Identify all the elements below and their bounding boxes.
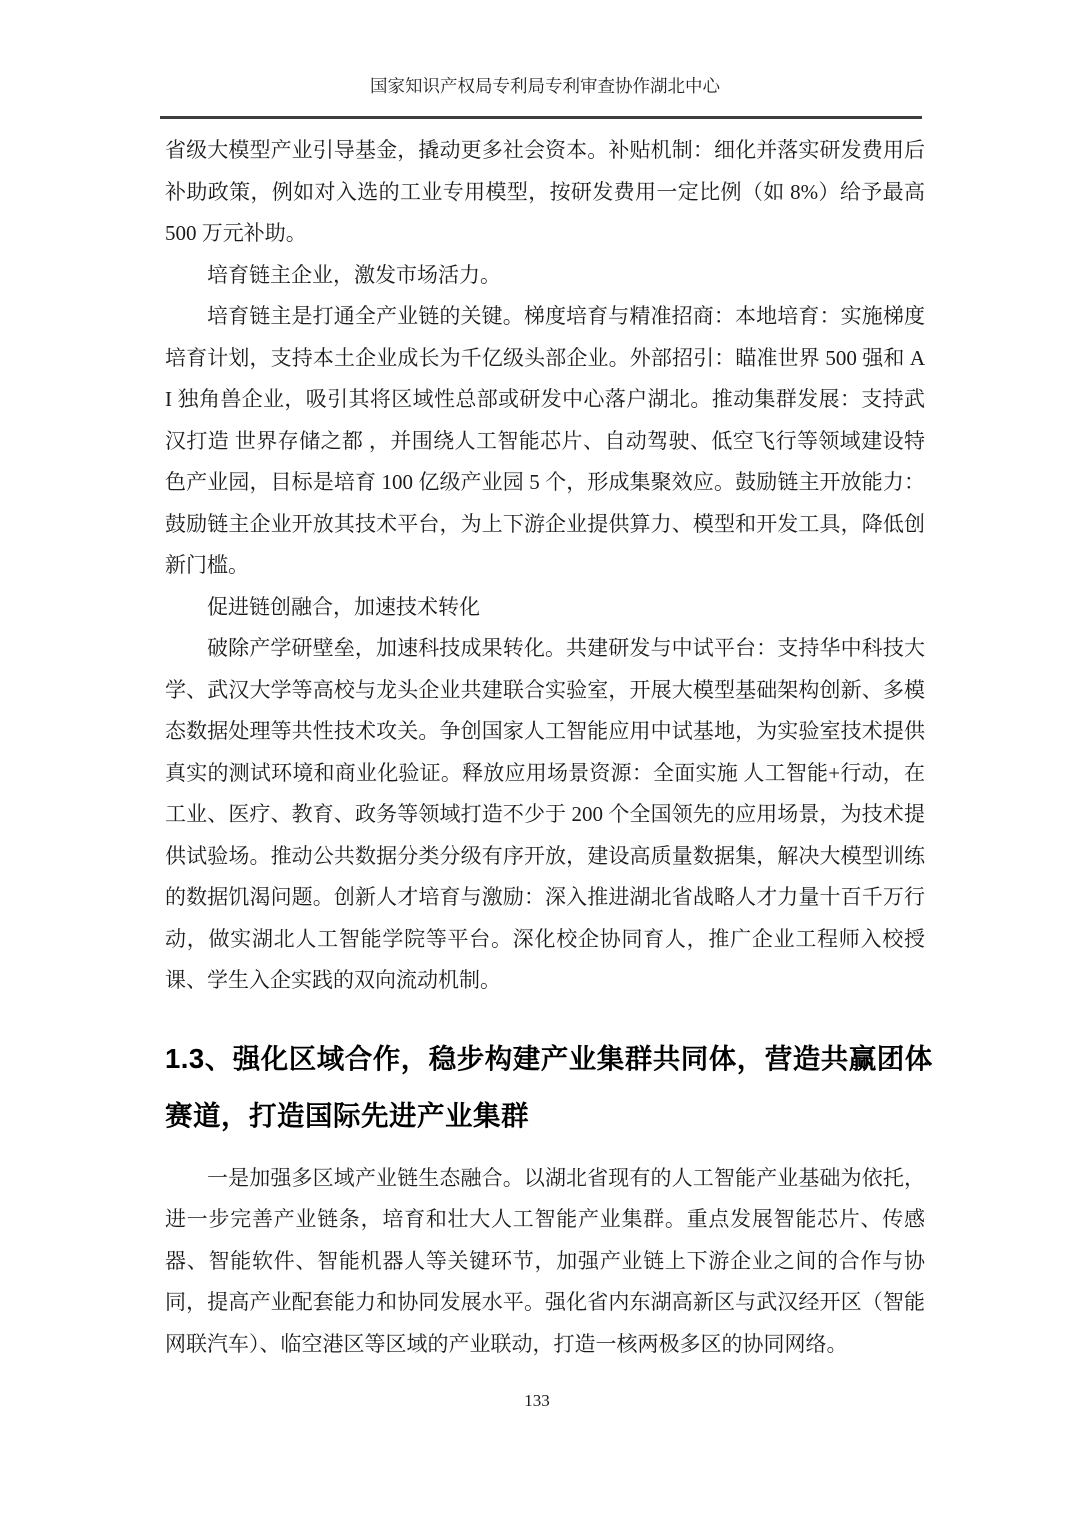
section-heading-line: 赛道，打造国际先进产业集群 xyxy=(165,1087,925,1144)
paragraph: 培育链主企业，激发市场活力。 xyxy=(165,255,925,297)
body-paragraphs-before: 省级大模型产业引导基金，撬动更多社会资本。补贴机制：细化并落实研发费用后补助政策… xyxy=(165,130,925,1002)
document-content: 省级大模型产业引导基金，撬动更多社会资本。补贴机制：细化并落实研发费用后补助政策… xyxy=(165,130,925,1365)
paragraph: 破除产学研壁垒，加速科技成果转化。共建研发与中试平台：支持华中科技大学、武汉大学… xyxy=(165,628,925,1002)
paragraph: 省级大模型产业引导基金，撬动更多社会资本。补贴机制：细化并落实研发费用后补助政策… xyxy=(165,130,925,255)
page-footer: 133 xyxy=(0,1390,1074,1412)
page-number: 133 xyxy=(524,1391,550,1410)
document-page: 国家知识产权局专利局专利审查协作湖北中心 省级大模型产业引导基金，撬动更多社会资… xyxy=(0,0,1074,1520)
header-title: 国家知识产权局专利局专利审查协作湖北中心 xyxy=(370,76,720,96)
body-paragraphs-after: 一是加强多区域产业链生态融合。以湖北省现有的人工智能产业基础为依托，进一步完善产… xyxy=(165,1158,925,1366)
paragraph: 培育链主是打通全产业链的关键。梯度培育与精准招商：本地培育：实施梯度培育计划，支… xyxy=(165,296,925,587)
section-heading-line: 1.3、强化区域合作，稳步构建产业集群共同体，营造共赢团体 xyxy=(165,1030,925,1087)
header-divider xyxy=(160,116,922,119)
page-header: 国家知识产权局专利局专利审查协作湖北中心 xyxy=(165,74,925,98)
paragraph: 促进链创融合，加速技术转化 xyxy=(165,587,925,629)
paragraph: 一是加强多区域产业链生态融合。以湖北省现有的人工智能产业基础为依托，进一步完善产… xyxy=(165,1158,925,1366)
section-heading: 1.3、强化区域合作，稳步构建产业集群共同体，营造共赢团体赛道，打造国际先进产业… xyxy=(165,1030,925,1144)
